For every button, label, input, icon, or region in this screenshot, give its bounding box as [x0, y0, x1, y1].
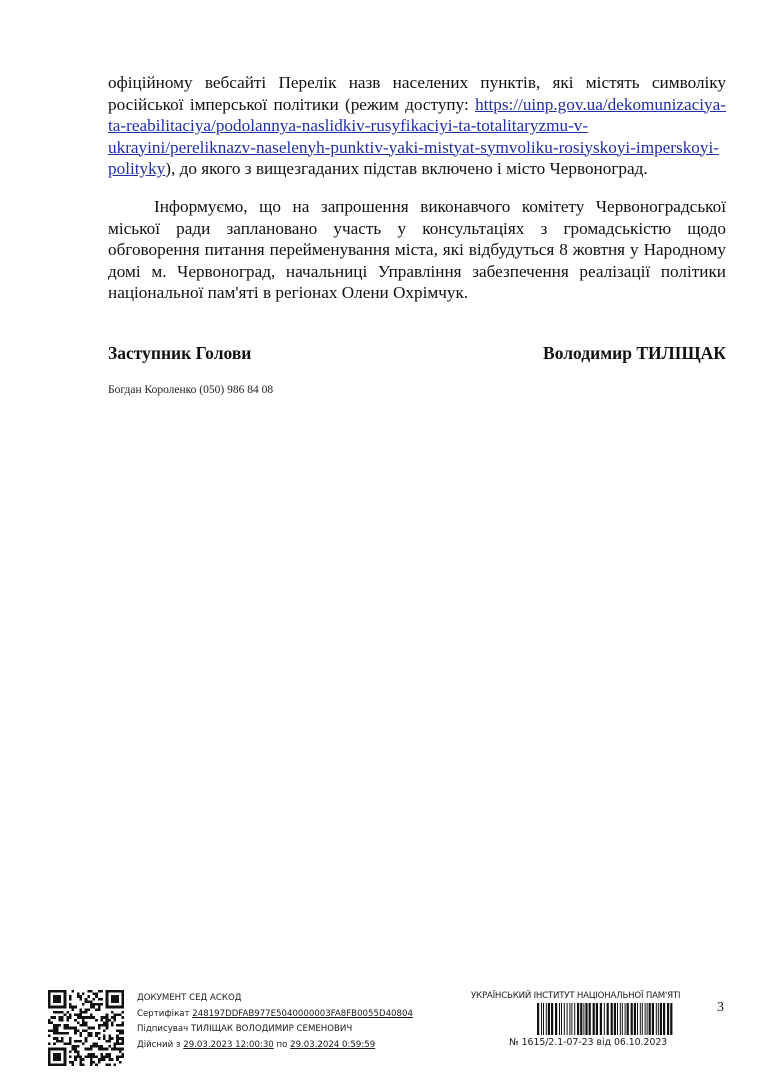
signer-line: Підписувач ТИЛІЩАК ВОЛОДИМИР СЕМЕНОВИЧ [137, 1022, 413, 1038]
valid-from: 29.03.2023 12:00:30 [183, 1040, 274, 1050]
signer-position: Заступник Голови [108, 343, 251, 364]
paragraph-consultations: Інформуємо, що на запрошення виконавчого… [108, 196, 726, 304]
validity-line: Дійсний з 29.03.2023 12:00:30 по 29.03.2… [137, 1038, 413, 1054]
executor-contact: Богдан Короленко (050) 986 84 08 [108, 384, 273, 396]
signature-block: Заступник Голови Володимир ТИЛІЩАК [108, 343, 726, 364]
qr-code-icon [48, 990, 124, 1066]
paragraph-website-list: офіційному вебсайті Перелік назв населен… [108, 72, 726, 180]
e-signature-stamp: ДОКУМЕНТ СЕД АСКОД Сертифікат 248197DDFA… [137, 991, 413, 1053]
page-number: 3 [717, 1000, 724, 1016]
paragraph-text: ), до якого з вищезгаданих підстав включ… [165, 159, 647, 178]
paragraph-text: Інформуємо, що на запрошення виконавчого… [108, 196, 726, 304]
stamp-title: ДОКУМЕНТ СЕД АСКОД [137, 991, 413, 1007]
document-page: офіційному вебсайті Перелік назв населен… [0, 0, 763, 1080]
institution-name: УКРАЇНСЬКИЙ ІНСТИТУТ НАЦІОНАЛЬНОЇ ПАМ'ЯТ… [471, 991, 680, 1001]
signer-value: ТИЛІЩАК ВОЛОДИМИР СЕМЕНОВИЧ [191, 1024, 352, 1034]
barcode-icon [537, 1003, 675, 1035]
certificate-value: 248197DDFAB977E5040000003FA8FB0055D40804 [192, 1009, 413, 1019]
registration-number: № 1615/2.1-07-23 від 06.10.2023 [509, 1037, 667, 1048]
signer-name: Володимир ТИЛІЩАК [543, 343, 726, 364]
certificate-line: Сертифікат 248197DDFAB977E5040000003FA8F… [137, 1007, 413, 1023]
valid-to: 29.03.2024 0:59:59 [290, 1040, 375, 1050]
